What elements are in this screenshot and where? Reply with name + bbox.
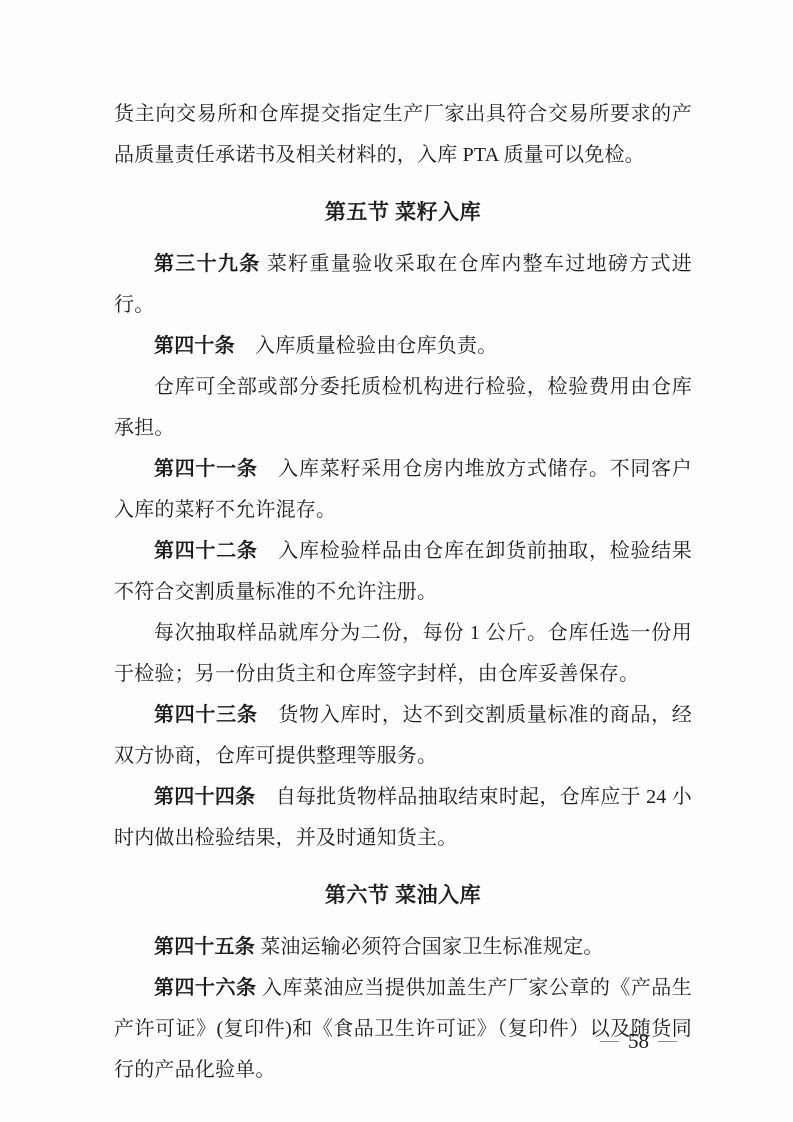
body-paragraph: 仓库可全部或部分委托质检机构进行检验，检验费用由仓库承担。 [114,367,692,449]
article-paragraph-40: 第四十条 入库质量检验由仓库负责。 [114,326,692,367]
page-number-dash-right: — [658,1029,677,1053]
article-number: 第四十四条 [154,786,255,808]
article-paragraph-43: 第四十三条 货物入库时，达不到交割质量标准的商品，经双方协商，仓库可提供整理等服… [114,695,692,777]
article-paragraph-39: 第三十九条 菜籽重量验收采取在仓库内整车过地磅方式进行。 [114,244,692,326]
section-heading-6: 第六节 菜油入库 [114,875,692,916]
page-number: 58 [628,1029,649,1053]
body-paragraph: 每次抽取样品就库分为二份，每份 1 公斤。仓库任选一份用于检验；另一份由货主和仓… [114,613,692,695]
article-number: 第三十九条 [154,253,261,275]
document-page: 货主向交易所和仓库提交指定生产厂家出具符合交易所要求的产品质量责任承诺书及相关材… [0,0,793,1122]
article-number: 第四十五条 [154,936,255,958]
article-paragraph-45: 第四十五条 菜油运输必须符合国家卫生标准规定。 [114,927,692,968]
article-number: 第四十二条 [154,540,258,562]
body-paragraph: 货主向交易所和仓库提交指定生产厂家出具符合交易所要求的产品质量责任承诺书及相关材… [114,94,692,176]
article-paragraph-44: 第四十四条 自每批货物样品抽取结束时起，仓库应于 24 小时内做出检验结果，并及… [114,777,692,859]
section-heading-5: 第五节 菜籽入库 [114,192,692,233]
article-text: 入库质量检验由仓库负责。 [235,335,498,357]
document-body: 货主向交易所和仓库提交指定生产厂家出具符合交易所要求的产品质量责任承诺书及相关材… [114,94,692,1091]
article-paragraph-42: 第四十二条 入库检验样品由仓库在卸货前抽取，检验结果不符合交割质量标准的不允许注… [114,531,692,613]
article-number: 第四十三条 [154,704,258,726]
article-text: 菜油运输必须符合国家卫生标准规定。 [255,936,604,958]
page-number-dash-left: — [600,1029,619,1053]
article-paragraph-41: 第四十一条 入库菜籽采用仓房内堆放方式储存。不同客户入库的菜籽不允许混存。 [114,449,692,531]
article-number: 第四十一条 [154,458,258,480]
article-number: 第四十六条 [154,977,256,999]
page-footer: — 58 — [600,1029,677,1053]
article-number: 第四十条 [154,335,235,357]
